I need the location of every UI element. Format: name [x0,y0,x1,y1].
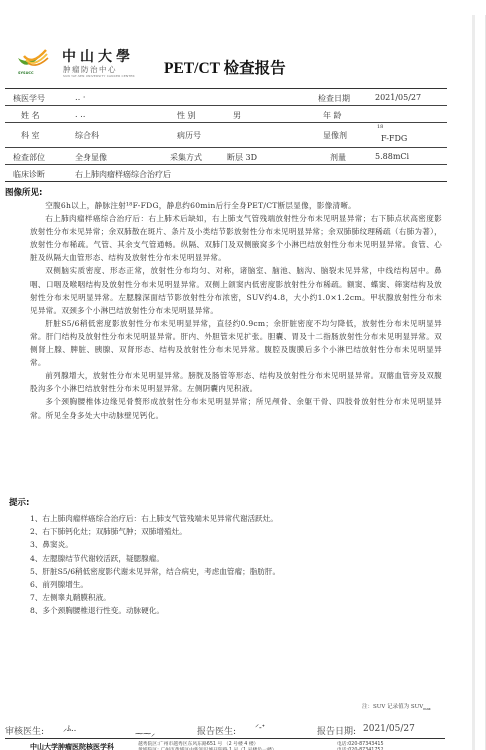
suv-note-subscript: max [423,707,430,711]
dose-value: 5.88mCi [375,152,409,161]
name-value: . ‥ [75,110,85,119]
sex-label: 性 别 [177,110,196,121]
impression-item: 6、前列腺增生。 [30,578,430,591]
report-header: SYSUCC 中山大學 肿瘤防治中心 SUN YAT-SEN UNIVERSIT… [16,46,446,86]
impression-item: 1、右上肺肉瘤样癌综合治疗后：右上肺支气管残端未见异常代谢活跃灶。 [30,512,430,525]
method-label: 采集方式 [170,152,202,163]
age-label: 年 龄 [323,110,342,121]
agent-value: F-FDG [381,134,407,143]
dept-value: 综合科 [75,130,99,141]
logo-university-name: 中山大學 [62,46,134,66]
impression-heading: 提示: [9,496,29,508]
findings-paragraph: 前列腺增大，放射性分布未见明显异常。膀胱及肠管等形态、结构及放射性分布未见明显异… [30,369,442,395]
exam-date-value: 2021/05/27 [375,93,421,102]
name-label: 姓 名 [21,110,40,121]
report-date-value: 2021/05/27 [363,724,415,734]
suv-note-text: 注：SUV 记录值为 SUV [362,704,423,710]
info-row-id: 核医学号 ‥ · 检查日期 2021/05/27 [5,88,447,106]
patient-info-table: 核医学号 ‥ · 检查日期 2021/05/27 姓 名 . ‥ 性 别 男 年… [5,88,447,182]
suv-note: 注：SUV 记录值为 SUVmax [362,702,431,711]
findings-paragraph: 肝脏S5/6稍低密度影放射性分布未见明显异常，直径约0.9cm；余肝脏密度不均匀… [30,317,442,369]
info-row-diagnosis: 临床诊断 右上肺肉瘤样癌综合治疗后 [5,165,447,182]
logo-badge-text: SYSUCC [18,71,34,75]
agent-isotope-superscript: 18 [377,124,383,130]
report-date-label: 报告日期: [317,724,356,737]
dept-label: 科 室 [21,130,40,141]
impression-item: 3、鼻窦炎。 [30,538,430,551]
logo-english-name: SUN YAT-SEN UNIVERSITY CANCER CENTER [63,74,135,78]
impression-item: 2、右下肺钙化灶；双肺肺气肿；双肺增殖灶。 [30,525,430,538]
diagnosis-value: 右上肺肉瘤样癌综合治疗后 [75,169,171,180]
page-edge-shadow [472,15,475,750]
reporter-label: 报告医生: [197,724,236,737]
site-value: 全身显像 [75,152,107,163]
exam-date-label: 检查日期 [318,93,350,104]
nuclear-id-label: 核医学号 [13,93,45,104]
impression-item: 8、多个颈胸腰椎退行性变。动脉硬化。 [30,604,430,617]
site-label: 检查部位 [13,152,45,163]
report-page: SYSUCC 中山大學 肿瘤防治中心 SUN YAT-SEN UNIVERSIT… [0,0,470,750]
findings-paragraph: 右上肺肉瘤样癌综合治疗后：右上肺术后缺如，右上肺支气管残端放射性分布未见明显异常… [30,212,442,264]
campus2-address: 黄埔院区: 广州市黄埔区中新知识城开阳路 1 号（1 号楼负一楼） [138,746,277,750]
reporter-signature: ⸍-ᐩ [255,722,265,733]
findings-heading: 图像所见: [5,186,42,198]
record-label: 病历号 [177,130,201,141]
agent-label: 显像剂 [323,130,347,141]
sex-value: 男 [233,110,241,121]
reviewer-label: 审核医生: [5,724,44,737]
reviewer-signature: ⸝ﾑ‥ [63,723,76,734]
impression-list: 1、右上肺肉瘤样癌综合治疗后：右上肺支气管残端未见异常代谢活跃灶。 2、右下肺钙… [30,512,430,618]
impression-item: 5、肝脏S5/6稍低密度影代谢未见异常，结合病史，考虑血管瘤；脂肪肝。 [30,565,430,578]
nuclear-id-value: ‥ · [75,93,85,102]
findings-body: 空腹6h以上，静脉注射¹⁸F-FDG，静息约60min后行全身PET/CT断层显… [30,199,442,422]
department-name: 中山大学肿瘤医院核医学科 [30,742,114,750]
campus2-phone: 电话:020-87341752 [337,746,384,750]
method-value: 断层 3D [227,152,257,163]
diagnosis-label: 临床诊断 [13,169,45,180]
info-row-site: 检查部位 全身显像 采集方式 断层 3D 剂量 5.88mCi [5,148,447,165]
findings-paragraph: 多个颈胸腰椎体边缘见骨赘形成放射性分布未见明显异常；所见颅骨、余躯干骨、四肢骨放… [30,395,442,421]
dose-label: 剂量 [330,152,346,163]
impression-item: 7、左侧睾丸鞘膜积液。 [30,591,430,604]
impression-item: 4、左腮腺结节代谢较活跃，疑腮腺瘤。 [30,552,430,565]
report-title: PET/CT 检查报告 [164,56,286,78]
findings-paragraph: 空腹6h以上，静脉注射¹⁸F-FDG，静息约60min后行全身PET/CT断层显… [30,199,442,212]
info-row-dept: 科 室 综合科 病历号 显像剂 18 F-FDG [5,123,447,148]
findings-paragraph: 双侧脑实质密度、形态正常，放射性分布均匀、对称，诸脑室、脑池、脑沟、脑裂未见异常… [30,264,442,316]
signature-row: 审核医生: ⸝ﾑ‥ ⁓⁓⸝ 报告医生: ⸍-ᐩ 报告日期: 2021/05/27 [5,722,445,739]
signature-stroke: ⁓⁓⸝ [135,728,155,739]
info-row-name: 姓 名 . ‥ 性 别 男 年 龄 [5,106,447,123]
